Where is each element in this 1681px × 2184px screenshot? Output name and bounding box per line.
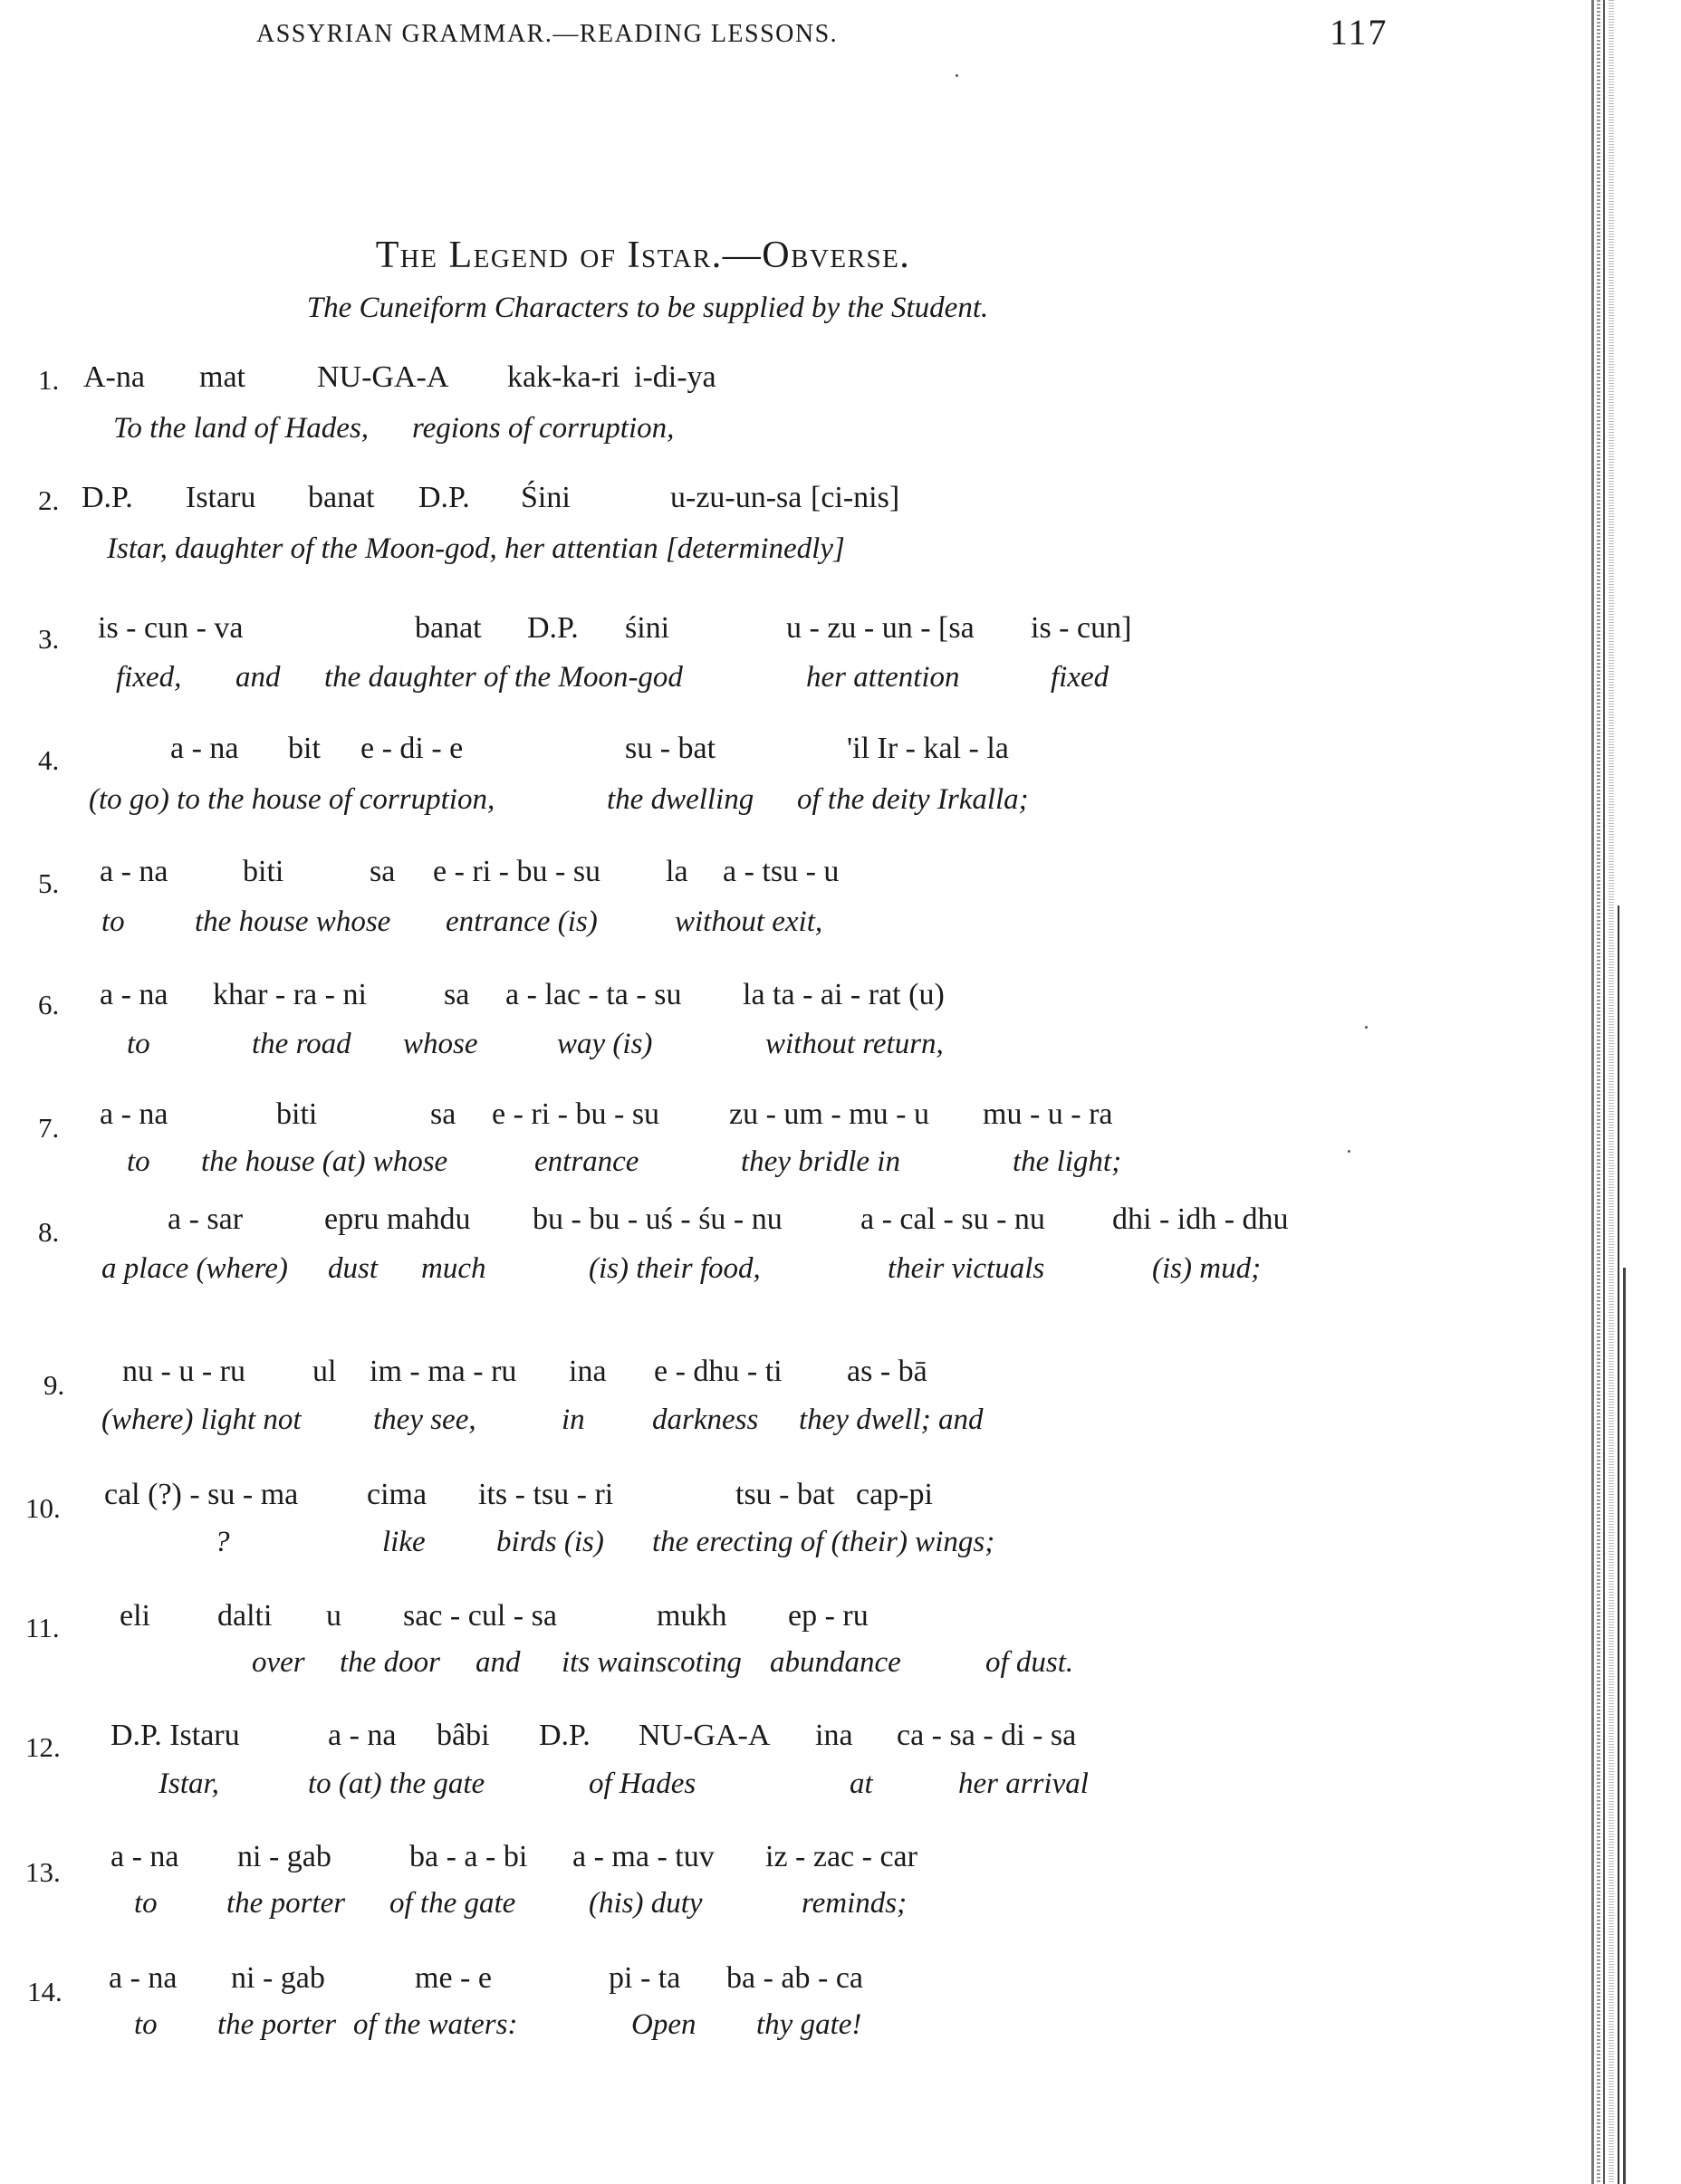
transliteration-word: mukh [657, 1599, 726, 1633]
transliteration-word: its - tsu - ri [478, 1478, 613, 1512]
translation-phrase: fixed [1051, 661, 1109, 694]
translation-phrase: much [421, 1252, 485, 1286]
translation-phrase: reminds; [802, 1887, 907, 1921]
translation-phrase: over [252, 1646, 305, 1680]
transliteration-word: e - ri - bu - su [433, 855, 600, 889]
transliteration-word: is - cun - va [98, 611, 244, 646]
translation-phrase: birds (is) [496, 1526, 604, 1559]
translation-phrase: ? [215, 1526, 230, 1559]
translation-phrase: (to go) to the house of corruption, [89, 783, 495, 817]
translation-phrase: entrance [534, 1145, 639, 1179]
page-binding-edge [1603, 0, 1605, 2184]
transliteration-word: sa [370, 855, 395, 889]
transliteration-word: [ci-nis] [811, 481, 899, 515]
transliteration-word: a - lac - ta - su [505, 978, 681, 1012]
translation-phrase: way (is) [557, 1028, 652, 1061]
transliteration-word: ina [569, 1355, 607, 1389]
translation-phrase: they see, [373, 1403, 476, 1437]
translation-phrase: of the gate [389, 1887, 515, 1921]
transliteration-word: ul [312, 1355, 336, 1389]
transliteration-word: ba - a - bi [409, 1840, 527, 1874]
page-binding-edge [1609, 0, 1614, 2184]
transliteration-word: dhi - idh - dhu [1112, 1202, 1289, 1237]
translation-phrase: in [562, 1403, 585, 1437]
translation-phrase: they bridle in [741, 1145, 900, 1179]
page-binding-edge [1591, 0, 1594, 2184]
translation-phrase: (his) duty [589, 1887, 703, 1921]
translation-phrase: the daughter of the Moon-god [324, 661, 683, 694]
translation-phrase: to [101, 905, 125, 939]
transliteration-word: a - na [170, 732, 239, 766]
transliteration-word: ba - ab - ca [726, 1961, 863, 1996]
transliteration-word: la [666, 855, 688, 889]
translation-phrase: the house (at) whose [201, 1145, 447, 1179]
page-binding-edge [1618, 905, 1619, 2184]
translation-phrase: Istar, daughter of the Moon-god, her att… [107, 532, 845, 566]
translation-phrase: regions of corruption, [412, 412, 674, 445]
page-binding-edge [1597, 0, 1600, 2184]
line-number: 13. [25, 1856, 61, 1889]
transliteration-word: bu - bu - uś - śu - nu [533, 1202, 783, 1237]
transliteration-word: D.P. [418, 481, 470, 515]
translation-phrase: like [382, 1526, 426, 1559]
translation-phrase: of the deity Irkalla; [797, 783, 1029, 817]
transliteration-word: ca - sa - di - sa [897, 1719, 1076, 1753]
line-number: 4. [38, 744, 59, 777]
translation-phrase: a place (where) [101, 1252, 288, 1286]
translation-phrase: at [850, 1767, 873, 1801]
transliteration-word: zu - um - mu - u [729, 1097, 929, 1132]
transliteration-word: khar - ra - ni [213, 978, 367, 1012]
transliteration-word: e - ri - bu - su [492, 1097, 659, 1132]
section-subtitle: The Cuneiform Characters to be supplied … [0, 292, 1295, 325]
transliteration-word: a - cal - su - nu [860, 1202, 1045, 1237]
transliteration-word: banat [415, 611, 482, 646]
translation-phrase: (is) their food, [589, 1252, 761, 1286]
transliteration-word: is - cun] [1031, 611, 1131, 646]
transliteration-word: cap-pi [856, 1478, 933, 1512]
transliteration-word: D.P. Istaru [110, 1719, 240, 1753]
transliteration-word: su - bat [625, 732, 716, 766]
translation-phrase: their victuals [888, 1252, 1044, 1286]
transliteration-word: ni - gab [237, 1840, 331, 1874]
translation-phrase: without exit, [675, 905, 822, 939]
transliteration-word: Śini [521, 481, 571, 515]
translation-phrase: her arrival [958, 1767, 1089, 1801]
translation-phrase: her attention [806, 661, 960, 694]
translation-phrase: to (at) the gate [308, 1767, 485, 1801]
translation-phrase: to [127, 1145, 150, 1179]
line-number: 12. [25, 1731, 61, 1764]
translation-phrase: Istar, [158, 1767, 219, 1801]
page-number: 117 [1330, 11, 1388, 53]
transliteration-word: mu - u - ra [983, 1097, 1113, 1132]
transliteration-word: NU-GA-A [317, 360, 448, 395]
translation-phrase: the erecting of (their) wings; [652, 1526, 994, 1559]
line-number: 8. [38, 1216, 59, 1249]
transliteration-word: cima [367, 1478, 427, 1512]
translation-phrase: and [235, 661, 281, 694]
transliteration-word: D.P. [539, 1719, 591, 1753]
transliteration-word: u - zu - un - [sa [786, 611, 975, 646]
scan-speck [956, 74, 958, 77]
transliteration-word: a - na [100, 1097, 168, 1132]
line-number: 10. [25, 1492, 61, 1525]
transliteration-word: u-zu-un-sa [670, 481, 802, 515]
transliteration-word: pi - ta [609, 1961, 680, 1996]
scan-speck [1348, 1150, 1350, 1153]
transliteration-word: a - na [110, 1840, 179, 1874]
transliteration-word: bâbi [437, 1719, 490, 1753]
translation-phrase: (is) mud; [1152, 1252, 1261, 1286]
line-number: 14. [27, 1976, 62, 2008]
translation-phrase: to [134, 2008, 158, 2042]
transliteration-word: Istaru [186, 481, 255, 515]
book-page: Assyrian Grammar.—Reading Lessons. 117 T… [0, 0, 1681, 2184]
transliteration-word: ep - ru [788, 1599, 869, 1633]
translation-phrase: of the waters: [353, 2008, 517, 2042]
transliteration-word: ni - gab [231, 1961, 325, 1996]
line-number: 3. [38, 623, 59, 656]
translation-phrase: Open [631, 2008, 696, 2042]
running-head: Assyrian Grammar.—Reading Lessons. [256, 20, 838, 49]
transliteration-word: D.P. [82, 481, 133, 515]
line-number: 1. [38, 364, 59, 397]
page-binding-edge [1623, 1268, 1626, 2184]
transliteration-word: 'il Ir - kal - la [847, 732, 1009, 766]
transliteration-word: ina [815, 1719, 853, 1753]
transliteration-word: la ta - ai - rat (u) [743, 978, 945, 1012]
transliteration-word: u [326, 1599, 341, 1633]
line-number: 11. [25, 1612, 60, 1644]
transliteration-word: a - na [100, 855, 168, 889]
transliteration-word: nu - u - ru [122, 1355, 245, 1389]
line-number: 6. [38, 989, 59, 1021]
transliteration-word: a - tsu - u [723, 855, 839, 889]
translation-phrase: they dwell; and [799, 1403, 983, 1437]
transliteration-word: śini [625, 611, 669, 646]
scan-speck [1365, 1026, 1368, 1029]
transliteration-word: kak-ka-ri [507, 360, 620, 395]
translation-phrase: the porter [217, 2008, 336, 2042]
transliteration-word: sa [444, 978, 469, 1012]
line-number: 9. [43, 1369, 64, 1402]
transliteration-word: a - ma - tuv [572, 1840, 715, 1874]
translation-phrase: darkness [652, 1403, 758, 1437]
translation-phrase: the porter [226, 1887, 345, 1921]
translation-phrase: the light; [1013, 1145, 1121, 1179]
translation-phrase: of Hades [589, 1767, 696, 1801]
translation-phrase: the dwelling [607, 783, 754, 817]
translation-phrase: the house whose [195, 905, 390, 939]
transliteration-word: a - na [100, 978, 168, 1012]
transliteration-word: a - sar [168, 1202, 243, 1237]
translation-phrase: To the land of Hades, [113, 412, 369, 445]
transliteration-word: i-di-ya [634, 360, 716, 395]
translation-phrase: thy gate! [756, 2008, 861, 2042]
transliteration-word: epru mahdu [324, 1202, 470, 1237]
transliteration-word: eli [120, 1599, 150, 1633]
line-number: 2. [38, 484, 59, 517]
transliteration-word: a - na [109, 1961, 178, 1996]
transliteration-word: NU-GA-A [639, 1719, 770, 1753]
transliteration-word: im - ma - ru [370, 1355, 516, 1389]
transliteration-word: sac - cul - sa [403, 1599, 557, 1633]
translation-phrase: its wainscoting [562, 1646, 742, 1680]
transliteration-word: banat [308, 481, 375, 515]
transliteration-word: A-na [83, 360, 145, 395]
transliteration-word: cal (?) - su - ma [104, 1478, 298, 1512]
transliteration-word: D.P. [527, 611, 579, 646]
transliteration-word: e - di - e [360, 732, 463, 766]
transliteration-word: dalti [217, 1599, 272, 1633]
translation-phrase: entrance (is) [446, 905, 598, 939]
translation-phrase: the road [252, 1028, 351, 1061]
transliteration-word: tsu - bat [735, 1478, 835, 1512]
translation-phrase: fixed, [116, 661, 181, 694]
translation-phrase: the door [340, 1646, 440, 1680]
translation-phrase: whose [403, 1028, 478, 1061]
transliteration-word: as - bā [847, 1355, 927, 1389]
section-title: The Legend of Istar.—Obverse. [0, 234, 1286, 277]
transliteration-word: bit [288, 732, 321, 766]
translation-phrase: dust [328, 1252, 378, 1286]
transliteration-word: mat [199, 360, 245, 395]
transliteration-word: biti [276, 1097, 317, 1132]
line-number: 7. [38, 1112, 59, 1145]
translation-phrase: abundance [770, 1646, 901, 1680]
translation-phrase: to [127, 1028, 150, 1061]
transliteration-word: biti [243, 855, 283, 889]
transliteration-word: iz - zac - car [765, 1840, 917, 1874]
translation-phrase: of dust. [985, 1646, 1073, 1680]
transliteration-word: a - na [328, 1719, 397, 1753]
transliteration-word: e - dhu - ti [654, 1355, 783, 1389]
translation-phrase: and [475, 1646, 521, 1680]
translation-phrase: to [134, 1887, 158, 1921]
line-number: 5. [38, 867, 59, 900]
translation-phrase: without return, [765, 1028, 944, 1061]
translation-phrase: (where) light not [101, 1403, 302, 1437]
transliteration-word: sa [430, 1097, 456, 1132]
transliteration-word: me - e [415, 1961, 492, 1996]
